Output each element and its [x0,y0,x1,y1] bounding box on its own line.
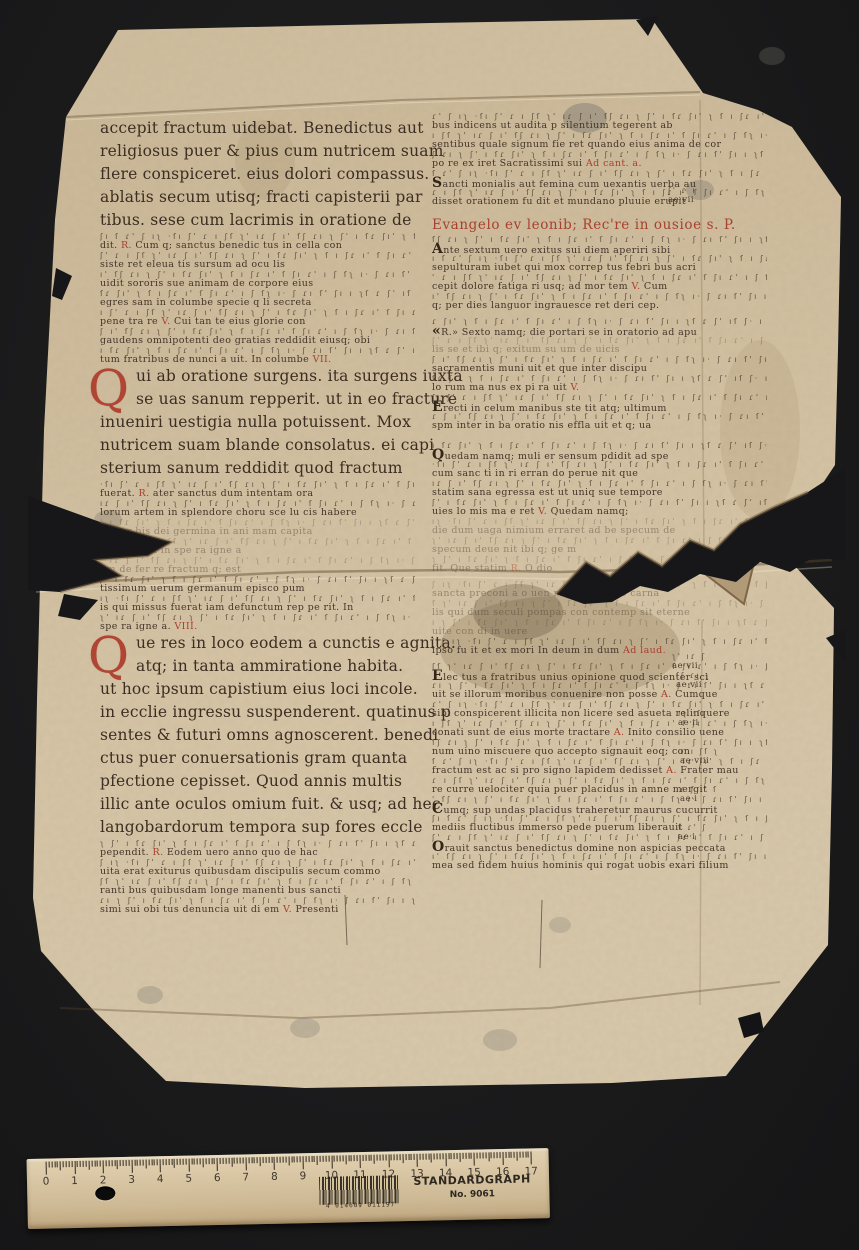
ruler-tick [83,1161,84,1167]
ruler-tick [320,1156,321,1162]
ruler-tick [340,1155,341,1161]
ruler-tick [377,1155,378,1161]
ruler-tick [243,1157,244,1163]
ruler-tick [48,1162,49,1168]
ruler-tick [57,1161,58,1167]
ruler-tick [145,1160,146,1169]
ruler-tick [180,1159,181,1165]
ruler-tick [74,1161,75,1174]
ruler-tick [214,1158,215,1164]
ruler-tick [457,1153,458,1159]
ruler-tick [371,1155,372,1161]
ruler-tick [280,1157,281,1163]
ruler-tick [66,1161,67,1167]
ruler-tick [265,1157,266,1163]
ruler-tick [300,1156,301,1162]
ruler-tick [54,1161,55,1167]
ruler-tick [374,1155,375,1164]
ruler-tick [151,1159,152,1165]
ruler-number: 5 [179,1172,199,1184]
ruler-tick [382,1155,383,1161]
ruler-tick [143,1160,144,1166]
tear-wedge-left [28,496,172,592]
ruler-tick [448,1153,449,1159]
ruler-number: 1 [64,1175,84,1187]
ruler-tick [60,1161,61,1170]
ruler-tick [531,1151,532,1164]
ruler-tick [322,1156,323,1162]
ruler-tick [428,1154,429,1160]
ruler-tick [217,1158,218,1171]
ruler-tick [422,1154,423,1160]
ruler-tick [477,1153,478,1159]
ruler-tick [305,1156,306,1162]
ruler-tick [251,1157,252,1163]
ruler-tick [160,1159,161,1172]
ruler-tick [420,1154,421,1160]
ruler-tick [163,1159,164,1165]
ruler-tick [439,1153,440,1159]
ruler-tick [271,1157,272,1163]
ruler-tick [365,1155,366,1161]
ruler-tick [177,1159,178,1165]
ruler-tick [220,1158,221,1164]
ruler-tick [245,1157,246,1170]
ruler-tick [165,1159,166,1165]
tear-blob-bottom-right [738,1012,764,1038]
tears-layer [0,0,859,1250]
ruler-tick [157,1159,158,1165]
ruler-tick [234,1158,235,1164]
ruler: 01234567891011121314151617 4 014609 0111… [27,1148,550,1229]
ruler-tick [394,1154,395,1160]
ruler-tick [248,1157,249,1163]
ruler-tick [274,1157,275,1170]
ruler-tick [114,1160,115,1166]
ruler-tick [191,1159,192,1165]
ruler-tick [308,1156,309,1162]
ruler-tick [228,1158,229,1164]
ruler-tick [63,1161,64,1167]
ruler-tick [517,1152,518,1161]
ruler-tick [334,1156,335,1162]
ruler-tick [465,1153,466,1159]
ruler-tick [494,1152,495,1158]
ruler-tick [88,1161,89,1170]
ruler-tick [205,1158,206,1164]
ruler-tick [254,1157,255,1163]
ruler-tick [491,1152,492,1158]
ruler-tick [208,1158,209,1164]
ruler-tick [108,1160,109,1166]
ruler-tick [502,1152,503,1165]
ruler-tick [203,1158,204,1167]
ruler-tick [257,1157,258,1163]
ruler-tick [231,1158,232,1167]
ruler-tick [103,1160,104,1173]
ruler-tick [414,1154,415,1160]
ruler-tick [194,1158,195,1164]
ruler-tick [400,1154,401,1160]
ruler-tick [397,1154,398,1160]
ruler-tick [86,1161,87,1167]
ruler-tick [134,1160,135,1166]
ruler-tick [171,1159,172,1165]
ruler-tick [183,1159,184,1165]
ruler-tick [388,1154,389,1167]
ruler-tick [459,1153,460,1162]
ruler-tick [285,1157,286,1163]
ruler-tick [137,1160,138,1166]
ruler-tick [471,1153,472,1159]
ruler-tick [120,1160,121,1166]
ruler-tick [291,1156,292,1162]
ruler-tick [462,1153,463,1159]
ruler-tick [117,1160,118,1169]
ruler-tick [497,1152,498,1158]
ruler-tick [437,1153,438,1159]
ruler-tick [294,1156,295,1162]
ruler-tick [519,1152,520,1158]
ruler-tick [337,1155,338,1161]
ruler-tick [68,1161,69,1167]
ruler-tick [111,1160,112,1166]
ruler-tick [425,1154,426,1160]
ruler-tick [302,1156,303,1169]
ruler-tick [314,1156,315,1162]
ruler-tick [51,1161,52,1167]
ruler-tick [277,1157,278,1163]
ruler-tick [97,1161,98,1167]
ruler-tick [445,1153,446,1166]
ruler-number: 9 [293,1170,313,1182]
ruler-number: 2 [93,1174,113,1186]
ruler-tick [71,1161,72,1167]
ruler-number: 8 [264,1171,284,1183]
ruler-tick [408,1154,409,1160]
ruler-tick [417,1154,418,1167]
ruler-tick [154,1159,155,1165]
ruler-number: 6 [207,1172,227,1184]
ruler-tick [402,1154,403,1163]
ruler-tick [46,1162,47,1175]
ruler-tick [131,1160,132,1173]
ruler-tick [263,1157,264,1163]
ruler-tick [391,1154,392,1160]
ruler-tick [297,1156,298,1162]
ruler-tick [357,1155,358,1161]
ruler-tick [499,1152,500,1158]
ruler-barcode [319,1175,400,1205]
ruler-tick [77,1161,78,1167]
ruler-tick [354,1155,355,1161]
ruler-tick [505,1152,506,1158]
ruler-tick [525,1152,526,1158]
ruler-tick [411,1154,412,1160]
ruler-tick [434,1153,435,1159]
ruler-tick [511,1152,512,1158]
ruler-number: 0 [36,1175,56,1187]
ruler-tick [454,1153,455,1159]
ruler-tick [288,1157,289,1166]
ruler-tick [479,1153,480,1159]
ruler-tick [282,1157,283,1163]
ruler-tick [360,1155,361,1168]
tear-nick-right [826,630,845,662]
ruler-tick [168,1159,169,1165]
ruler-tick [197,1158,198,1164]
ruler-tick [225,1158,226,1164]
ruler-tick [508,1152,509,1158]
ruler-tick [351,1155,352,1161]
ruler-number: 3 [122,1174,142,1186]
ruler-tick [174,1159,175,1168]
ruler-tick [91,1161,92,1167]
ruler-tick [485,1152,486,1158]
ruler-tick [211,1158,212,1164]
ruler-tick [368,1155,369,1161]
manuscript-photo: accepit fractum uidebat. Benedictus autr… [0,0,859,1250]
ruler-tick [126,1160,127,1166]
ruler-hole [95,1186,115,1200]
ruler-tick [385,1154,386,1160]
ruler-tick [268,1157,269,1163]
ruler-tick [348,1155,349,1161]
ruler-barcode-digits: 4 014609 011197 [316,1201,406,1210]
tear-notch-left [58,594,98,620]
ruler-tick [223,1158,224,1164]
tear-nick-left [52,268,72,300]
ruler-tick [488,1152,489,1161]
ruler-tick [237,1158,238,1164]
ruler-tick [405,1154,406,1160]
ruler-tick [451,1153,452,1159]
ruler-tick [185,1159,186,1165]
ruler-tick [240,1158,241,1164]
ruler-tick [474,1153,475,1166]
ruler-tick [328,1156,329,1162]
ruler-tick [106,1160,107,1166]
ruler-tick [188,1159,189,1172]
ruler-tick [80,1161,81,1167]
ruler-tick [514,1152,515,1158]
ruler-tick [94,1161,95,1167]
ruler-tick [431,1154,432,1163]
ruler-tick [140,1160,141,1166]
ruler-tick [200,1158,201,1164]
ruler-tick [345,1155,346,1164]
ruler-number: 7 [236,1171,256,1183]
ruler-tick [442,1153,443,1159]
ruler-tick [331,1156,332,1169]
ruler-tick [528,1151,529,1157]
ruler-tick [260,1157,261,1166]
ruler-tick [148,1159,149,1165]
ruler-tick [100,1160,101,1166]
ruler-model: No. 9061 [407,1188,537,1201]
ruler-tick [342,1155,343,1161]
tear-hole-right [556,468,845,604]
ruler-tick [317,1156,318,1165]
ruler-tick [362,1155,363,1161]
ruler-tick [522,1152,523,1158]
ruler-brand: STANDARDGRAPH [407,1172,537,1188]
ruler-tick [128,1160,129,1166]
tear-nick-top [636,16,658,36]
ruler-tick [380,1155,381,1161]
ruler-tick [325,1156,326,1162]
ruler-tick [482,1152,483,1158]
ruler-number: 4 [150,1173,170,1185]
ruler-tick [468,1153,469,1159]
ruler-tick [311,1156,312,1162]
ruler-tick [123,1160,124,1166]
